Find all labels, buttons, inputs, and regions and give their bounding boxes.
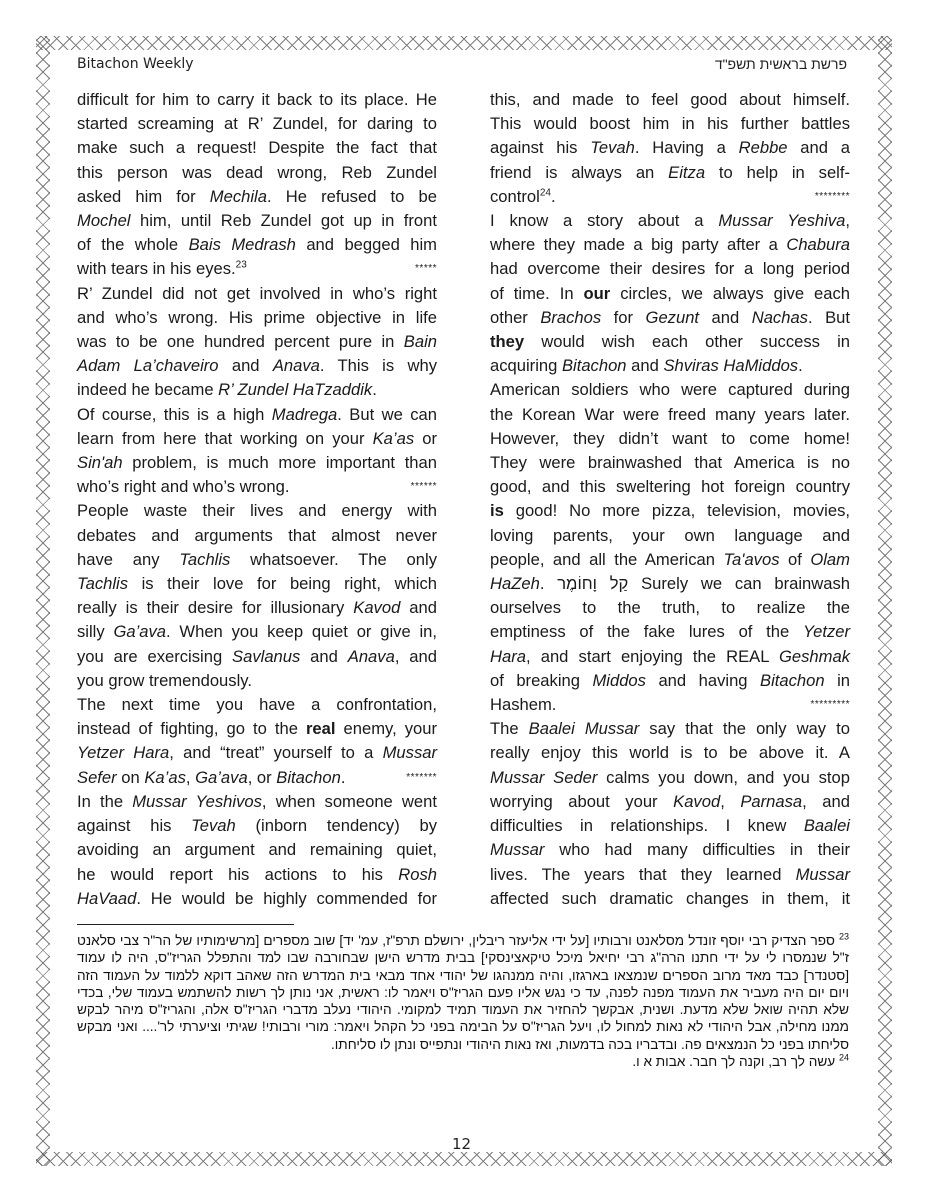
text-line: other Brachos for Gezunt and Nachas. But [490, 306, 850, 330]
text-line: who’s right and who’s wrong.****** [77, 475, 437, 499]
text-line: The next time you have a confrontation, [77, 693, 437, 717]
footnote-24: 24 עשה לך רב, וקנה לך חבר. אבות א ו. [77, 1053, 849, 1070]
text-line: acquiring Bitachon and Shviras HaMiddos. [490, 354, 850, 378]
text-line: of breaking Middos and having Bitachon i… [490, 669, 850, 693]
footnote-number: 24 [839, 1053, 849, 1063]
footnote-number: 23 [839, 931, 849, 941]
footnote-text: ספר הצדיק רבי יוסף זונדל מסלאנט ורבותיו … [77, 933, 849, 1052]
text-line: Mussar who had many difficulties in thei… [490, 838, 850, 862]
text-line: difficult for him to carry it back to it… [77, 88, 437, 112]
footnotes: 23 ספר הצדיק רבי יוסף זונדל מסלאנט ורבות… [77, 932, 849, 1070]
text-line: Of course, this is a high Madrega. But w… [77, 403, 437, 427]
text-line: instead of fighting, go to the real enem… [77, 717, 437, 741]
text-line: good, and this sweltering hot foreign co… [490, 475, 850, 499]
page-number: 12 [452, 1135, 471, 1153]
text-line: asked him for Mechila. He refused to be [77, 185, 437, 209]
text-line: friend is always an Eitza to help in sel… [490, 161, 850, 185]
footnote-23: 23 ספר הצדיק רבי יוסף זונדל מסלאנט ורבות… [77, 932, 849, 1053]
section-separator: ******* [406, 766, 437, 790]
text-line: This would boost him in his further batt… [490, 112, 850, 136]
text-line: Hashem.********* [490, 693, 850, 717]
text-line: Adam La’chaveiro and Anava. This is why [77, 354, 437, 378]
text-line: started screaming at R’ Zundel, for dari… [77, 112, 437, 136]
text-line: Mussar Seder calms you down, and you sto… [490, 766, 850, 790]
text-line: HaZeh. קַל וָחוֹמֶר Surely we can brainw… [490, 572, 850, 596]
text-line: affected such dramatic changes in them, … [490, 887, 850, 911]
text-line: was to be one hundred percent pure in Ba… [77, 330, 437, 354]
text-line: Sin'ah problem, is much more important t… [77, 451, 437, 475]
text-line: this person was dead wrong, Reb Zundel [77, 161, 437, 185]
text-line: this, and made to feel good about himsel… [490, 88, 850, 112]
text-line: of time. In our circles, we always give … [490, 282, 850, 306]
text-line: the Korean War were freed many years lat… [490, 403, 850, 427]
text-line: really enjoy this world is to be above i… [490, 741, 850, 765]
decorative-border-top [36, 36, 892, 50]
text-line: you grow tremendously. [77, 669, 437, 693]
text-line: had overcome their desires for a long pe… [490, 257, 850, 281]
text-line: you are exercising Savlanus and Anava, a… [77, 645, 437, 669]
section-separator: ******** [815, 185, 850, 209]
decorative-border-right [878, 36, 892, 1166]
text-line: Hara, and start enjoying the REAL Geshma… [490, 645, 850, 669]
section-separator: ***** [415, 257, 437, 281]
text-line: R’ Zundel did not get involved in who’s … [77, 282, 437, 306]
text-line: However, they didn’t want to come home! [490, 427, 850, 451]
text-line: avoiding an argument and remaining quiet… [77, 838, 437, 862]
text-line: People waste their lives and energy with [77, 499, 437, 523]
text-line: have any Tachlis whatsoever. The only [77, 548, 437, 572]
section-separator: ********* [810, 693, 850, 717]
text-line: loving parents, your own language and [490, 524, 850, 548]
footnote-separator [77, 924, 294, 925]
text-line: Mochel him, until Reb Zundel got up in f… [77, 209, 437, 233]
text-line: and who’s wrong. His prime objective in … [77, 306, 437, 330]
text-line: make such a request! Despite the fact th… [77, 136, 437, 160]
text-line: silly Ga’ava. When you keep quiet or giv… [77, 620, 437, 644]
text-line: indeed he became R’ Zundel HaTzaddik. [77, 378, 437, 402]
text-line: In the Mussar Yeshivos, when someone wen… [77, 790, 437, 814]
decorative-border-left [36, 36, 50, 1166]
left-column: difficult for him to carry it back to it… [77, 88, 437, 911]
text-line: they would wish each other success in [490, 330, 850, 354]
footnote-text: עשה לך רב, וקנה לך חבר. אבות א ו. [632, 1054, 835, 1069]
text-line: is good! No more pizza, television, movi… [490, 499, 850, 523]
newsletter-title: Bitachon Weekly [77, 56, 194, 72]
footnote-ref-23[interactable]: 23 [236, 260, 247, 271]
line-text: Sefer on Ka’as, Ga’ava, or Bitachon. [77, 766, 345, 790]
text-line: ourselves to the truth, to realize the [490, 596, 850, 620]
text-line: against his Tevah. Having a Rebbe and a [490, 136, 850, 160]
text-line: control24.******** [490, 185, 850, 209]
text-line: I know a story about a Mussar Yeshiva, [490, 209, 850, 233]
line-text: control [490, 187, 540, 206]
text-line: of the whole Bais Medrash and begged him [77, 233, 437, 257]
text-line: HaVaad. He would be highly commended for [77, 887, 437, 911]
text-line: people, and all the American Ta'avos of … [490, 548, 850, 572]
line-text: Hashem. [490, 693, 556, 717]
text-line: Sefer on Ka’as, Ga’ava, or Bitachon.****… [77, 766, 437, 790]
text-line: against his Tevah (inborn tendency) by [77, 814, 437, 838]
text-line: lives. The years that they learned Mussa… [490, 863, 850, 887]
text-line: emptiness of the fake lures of the Yetze… [490, 620, 850, 644]
right-column: this, and made to feel good about himsel… [490, 88, 850, 911]
text-line: Yetzer Hara, and “treat” yourself to a M… [77, 741, 437, 765]
text-line: where they made a big party after a Chab… [490, 233, 850, 257]
text-line: debates and arguments that almost never [77, 524, 437, 548]
line-text: who’s right and who’s wrong. [77, 475, 289, 499]
text-line: with tears in his eyes.23***** [77, 257, 437, 281]
decorative-border-bottom [36, 1152, 892, 1166]
text-line: really is their desire for illusionary K… [77, 596, 437, 620]
text-line: worrying about your Kavod, Parnasa, and [490, 790, 850, 814]
text-line: Tachlis is their love for being right, w… [77, 572, 437, 596]
text-line: The Baalei Mussar say that the only way … [490, 717, 850, 741]
text-line: difficulties in relationships. I knew Ba… [490, 814, 850, 838]
text-line: They were brainwashed that America is no [490, 451, 850, 475]
footnote-ref-24[interactable]: 24 [540, 187, 551, 198]
parsha-title: פרשת בראשית תשפ"ד [715, 56, 847, 72]
line-text: with tears in his eyes. [77, 259, 236, 278]
text-line: he would report his actions to his Rosh [77, 863, 437, 887]
text-line: learn from here that working on your Ka’… [77, 427, 437, 451]
section-separator: ****** [411, 475, 437, 499]
text-line: American soldiers who were captured duri… [490, 378, 850, 402]
